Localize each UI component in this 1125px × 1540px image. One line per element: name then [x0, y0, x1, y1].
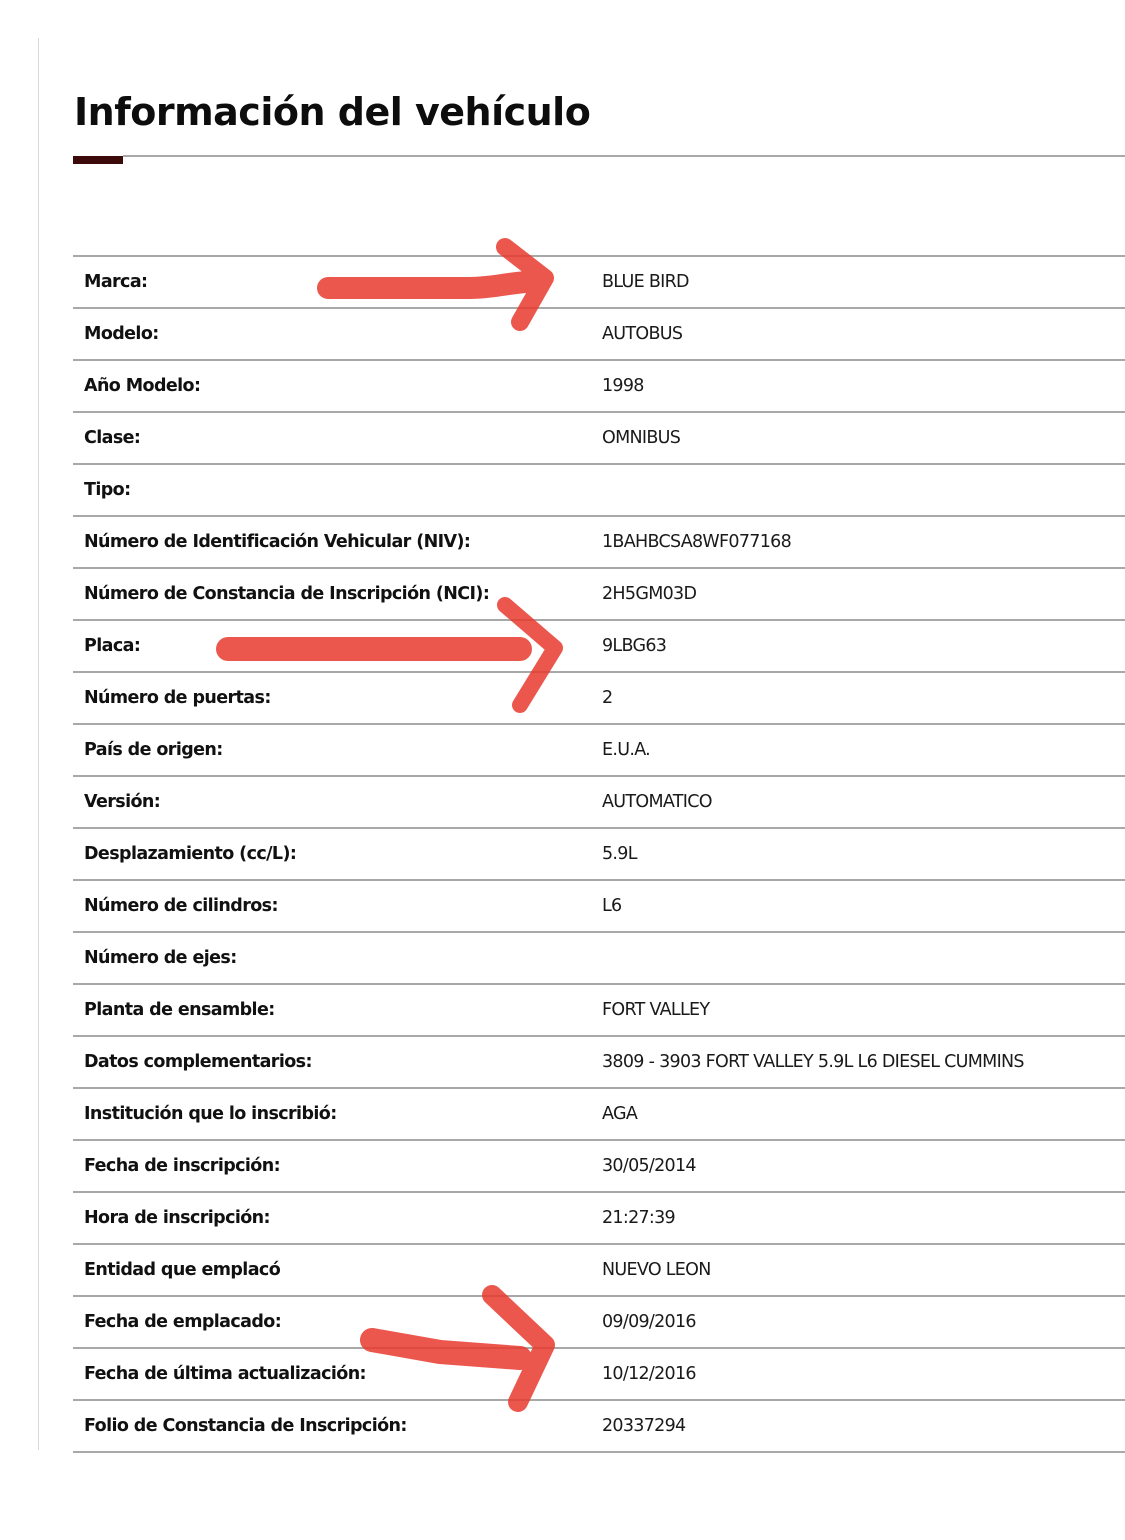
label-fecha-inscripcion: Fecha de inscripción:	[73, 1156, 591, 1176]
value-desplazamiento: 5.9L	[591, 844, 637, 864]
label-numero-cilindros: Número de cilindros:	[73, 896, 591, 916]
label-clase: Clase:	[73, 428, 591, 448]
value-hora-inscripcion: 21:27:39	[591, 1208, 675, 1228]
row-niv: Número de Identificación Vehicular (NIV)…	[73, 517, 1125, 569]
value-folio-constancia: 20337294	[591, 1416, 685, 1436]
value-placa: 9LBG63	[591, 636, 666, 656]
label-modelo: Modelo:	[73, 324, 591, 344]
value-fecha-actualizacion: 10/12/2016	[591, 1364, 696, 1384]
label-folio-constancia: Folio de Constancia de Inscripción:	[73, 1416, 591, 1436]
row-numero-ejes: Número de ejes:	[73, 933, 1125, 985]
label-planta-ensamble: Planta de ensamble:	[73, 1000, 591, 1020]
row-version: Versión: AUTOMATICO	[73, 777, 1125, 829]
value-niv: 1BAHBCSA8WF077168	[591, 532, 791, 552]
label-marca: Marca:	[73, 272, 591, 292]
left-border	[38, 38, 39, 1450]
value-version: AUTOMATICO	[591, 792, 712, 812]
value-marca: BLUE BIRD	[591, 272, 689, 292]
row-fecha-emplacado: Fecha de emplacado: 09/09/2016	[73, 1297, 1125, 1349]
value-nci: 2H5GM03D	[591, 584, 696, 604]
value-numero-puertas: 2	[591, 688, 612, 708]
row-entidad-emplaco: Entidad que emplacó NUEVO LEON	[73, 1245, 1125, 1297]
row-modelo: Modelo: AUTOBUS	[73, 309, 1125, 361]
value-clase: OMNIBUS	[591, 428, 680, 448]
label-datos-complementarios: Datos complementarios:	[73, 1052, 591, 1072]
vehicle-info-table: Marca: BLUE BIRD Modelo: AUTOBUS Año Mod…	[73, 255, 1125, 1453]
row-fecha-actualizacion: Fecha de última actualización: 10/12/201…	[73, 1349, 1125, 1401]
label-tipo: Tipo:	[73, 480, 591, 500]
value-numero-cilindros: L6	[591, 896, 621, 916]
row-hora-inscripcion: Hora de inscripción: 21:27:39	[73, 1193, 1125, 1245]
row-datos-complementarios: Datos complementarios: 3809 - 3903 FORT …	[73, 1037, 1125, 1089]
row-marca: Marca: BLUE BIRD	[73, 257, 1125, 309]
title-accent-bar	[73, 156, 123, 164]
value-ano-modelo: 1998	[591, 376, 644, 396]
row-pais-origen: País de origen: E.U.A.	[73, 725, 1125, 777]
label-entidad-emplaco: Entidad que emplacó	[73, 1260, 591, 1280]
page-title: Información del vehículo	[74, 90, 590, 134]
value-modelo: AUTOBUS	[591, 324, 682, 344]
row-numero-puertas: Número de puertas: 2	[73, 673, 1125, 725]
value-entidad-emplaco: NUEVO LEON	[591, 1260, 711, 1280]
label-version: Versión:	[73, 792, 591, 812]
label-ano-modelo: Año Modelo:	[73, 376, 591, 396]
label-hora-inscripcion: Hora de inscripción:	[73, 1208, 591, 1228]
row-institucion: Institución que lo inscribió: AGA	[73, 1089, 1125, 1141]
value-institucion: AGA	[591, 1104, 637, 1124]
label-desplazamiento: Desplazamiento (cc/L):	[73, 844, 591, 864]
row-ano-modelo: Año Modelo: 1998	[73, 361, 1125, 413]
value-datos-complementarios: 3809 - 3903 FORT VALLEY 5.9L L6 DIESEL C…	[591, 1052, 1024, 1072]
row-planta-ensamble: Planta de ensamble: FORT VALLEY	[73, 985, 1125, 1037]
title-divider	[123, 155, 1125, 157]
row-clase: Clase: OMNIBUS	[73, 413, 1125, 465]
row-nci: Número de Constancia de Inscripción (NCI…	[73, 569, 1125, 621]
row-fecha-inscripcion: Fecha de inscripción: 30/05/2014	[73, 1141, 1125, 1193]
row-placa: Placa: 9LBG63	[73, 621, 1125, 673]
label-numero-ejes: Número de ejes:	[73, 948, 591, 968]
label-institucion: Institución que lo inscribió:	[73, 1104, 591, 1124]
value-pais-origen: E.U.A.	[591, 740, 650, 760]
value-fecha-emplacado: 09/09/2016	[591, 1312, 696, 1332]
label-fecha-actualizacion: Fecha de última actualización:	[73, 1364, 591, 1384]
row-tipo: Tipo:	[73, 465, 1125, 517]
label-niv: Número de Identificación Vehicular (NIV)…	[73, 532, 591, 552]
value-fecha-inscripcion: 30/05/2014	[591, 1156, 696, 1176]
label-pais-origen: País de origen:	[73, 740, 591, 760]
label-numero-puertas: Número de puertas:	[73, 688, 591, 708]
label-fecha-emplacado: Fecha de emplacado:	[73, 1312, 591, 1332]
row-folio-constancia: Folio de Constancia de Inscripción: 2033…	[73, 1401, 1125, 1453]
row-numero-cilindros: Número de cilindros: L6	[73, 881, 1125, 933]
row-desplazamiento: Desplazamiento (cc/L): 5.9L	[73, 829, 1125, 881]
label-nci: Número de Constancia de Inscripción (NCI…	[73, 584, 591, 604]
value-planta-ensamble: FORT VALLEY	[591, 1000, 709, 1020]
label-placa: Placa:	[73, 636, 591, 656]
